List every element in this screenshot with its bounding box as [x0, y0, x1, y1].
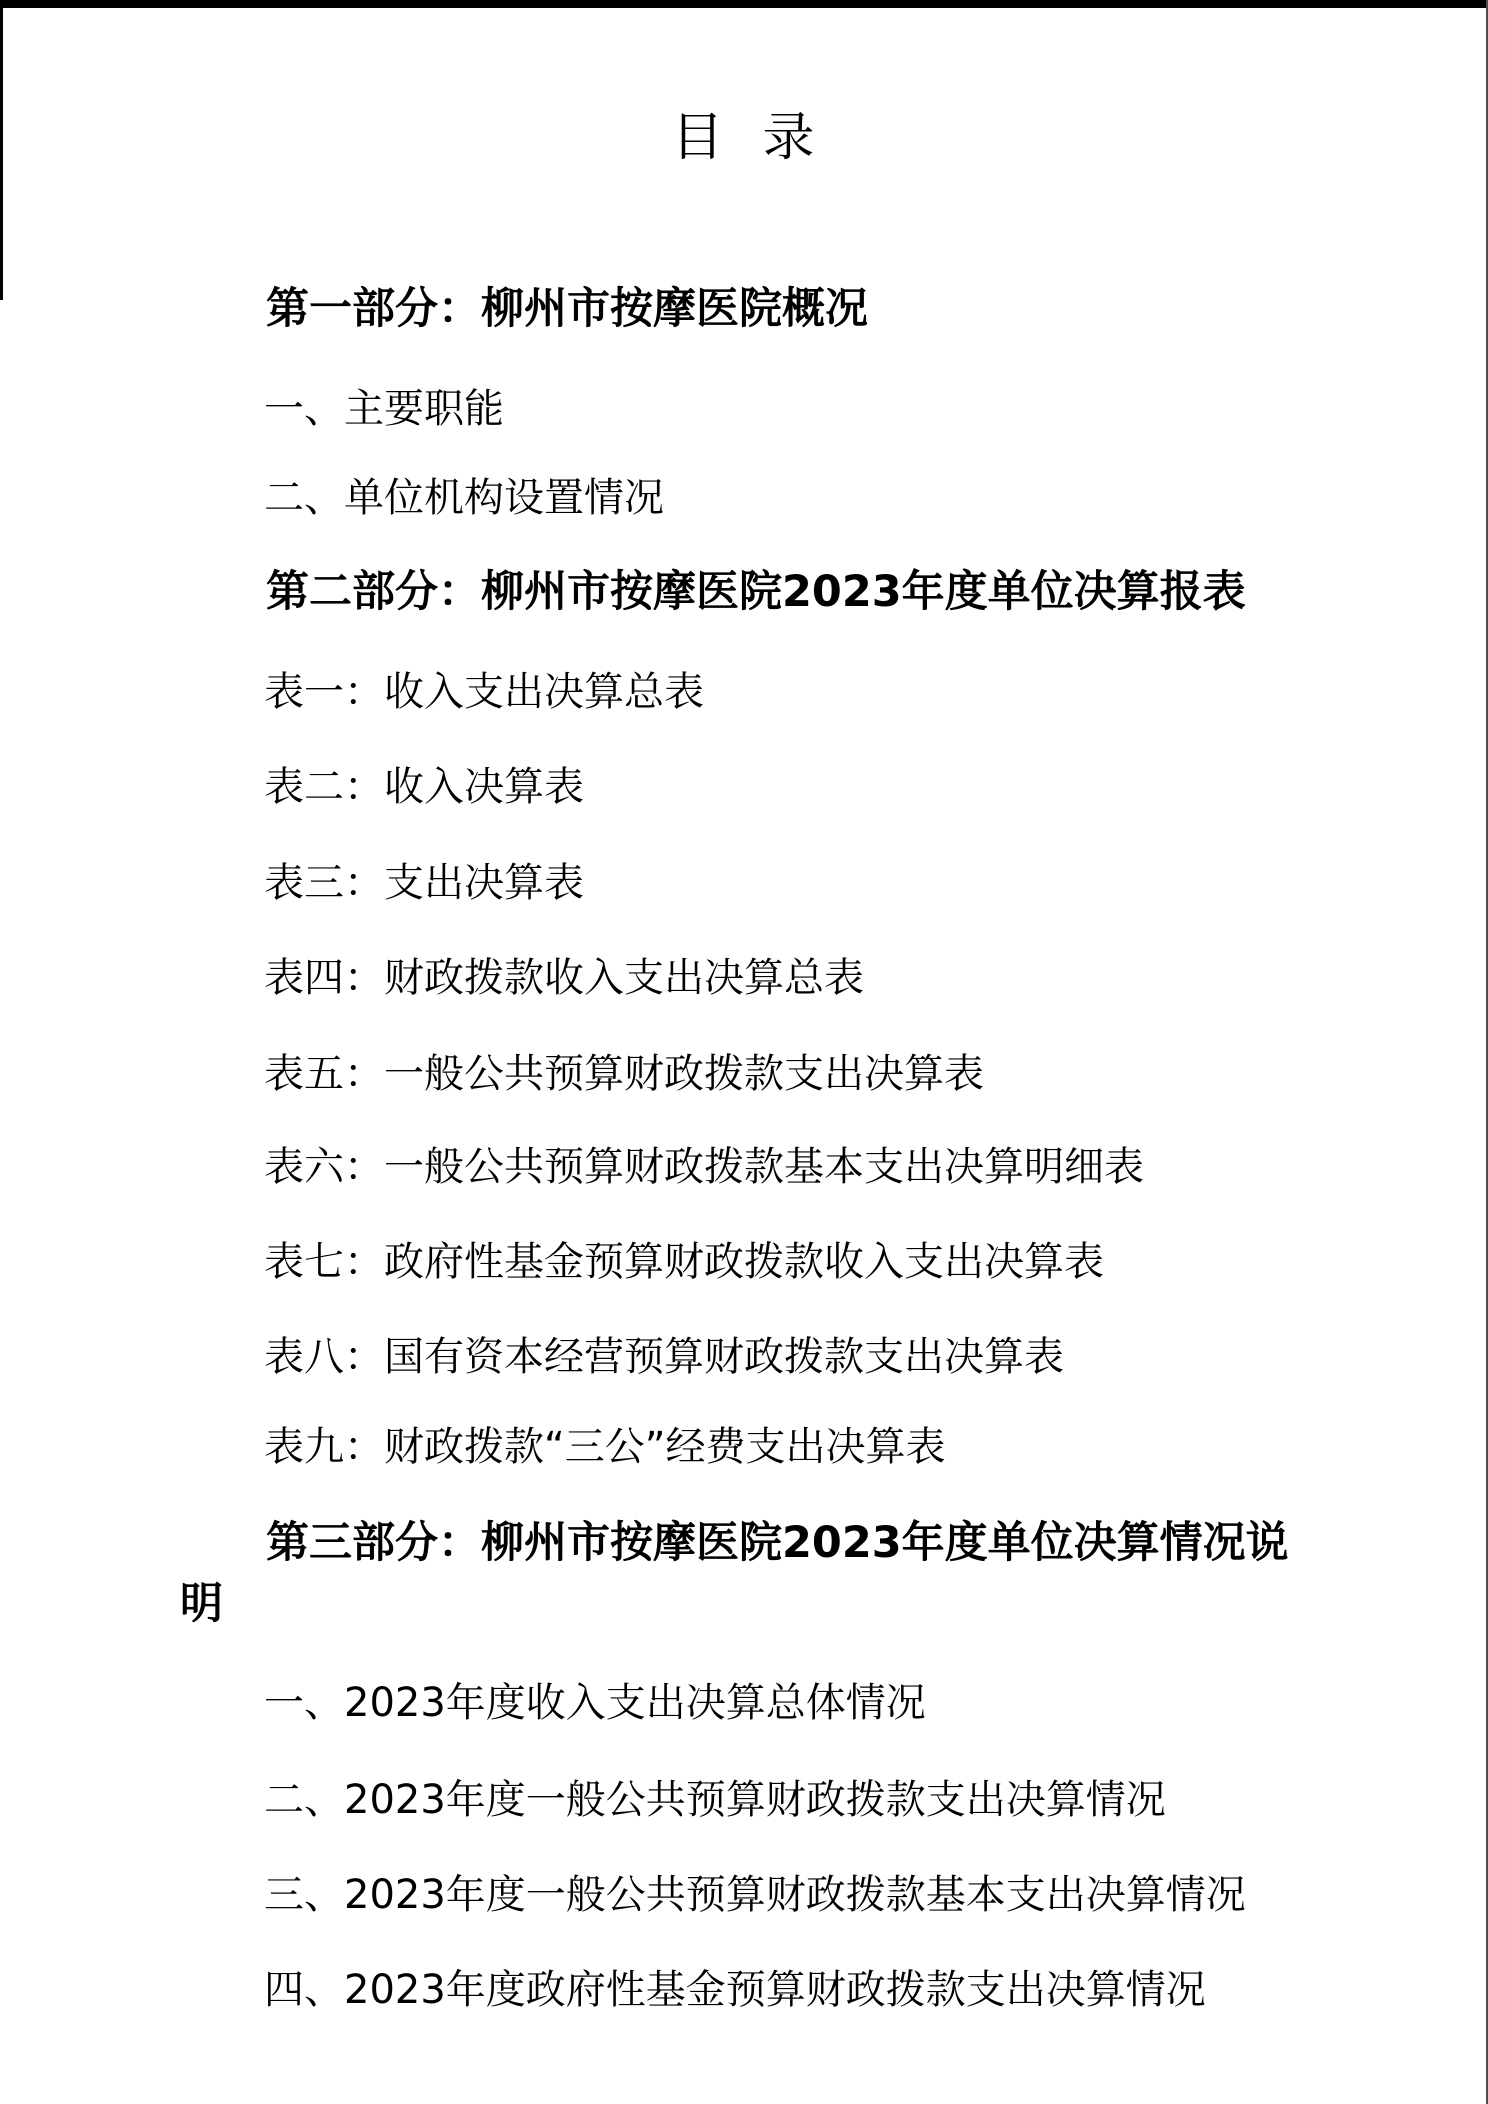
document-title: 目 录 [0, 112, 1488, 164]
toc-item-table-1: 表一：收入支出决算总表 [264, 672, 704, 712]
toc-item-org-structure: 二、单位机构设置情况 [264, 478, 664, 518]
toc-item-general-budget-expenditure: 二、2023年度一般公共预算财政拨款支出决算情况 [264, 1780, 1166, 1820]
toc-item-table-6: 表六：一般公共预算财政拨款基本支出决算明细表 [264, 1147, 1144, 1187]
section-2-heading: 第二部分：柳州市按摩医院2023年度单位决算报表 [266, 571, 1246, 614]
toc-item-gov-fund-expenditure: 四、2023年度政府性基金预算财政拨款支出决算情况 [264, 1970, 1206, 2010]
toc-item-table-7: 表七：政府性基金预算财政拨款收入支出决算表 [264, 1242, 1104, 1282]
toc-item-table-2: 表二：收入决算表 [264, 767, 584, 807]
toc-item-table-8: 表八：国有资本经营预算财政拨款支出决算表 [264, 1337, 1064, 1377]
toc-item-basic-expenditure: 三、2023年度一般公共预算财政拨款基本支出决算情况 [264, 1875, 1246, 1915]
section-3-heading-line1: 第三部分：柳州市按摩医院2023年度单位决算情况说 [266, 1522, 1289, 1565]
section-3-heading-line2: 明 [180, 1583, 223, 1626]
toc-item-table-5: 表五：一般公共预算财政拨款支出决算表 [264, 1054, 984, 1094]
scan-edge-top [0, 0, 1488, 8]
toc-item-table-3: 表三：支出决算表 [264, 863, 584, 903]
document-page: 目 录 第一部分：柳州市按摩医院概况 一、主要职能 二、单位机构设置情况 第二部… [0, 0, 1488, 2104]
toc-item-main-functions: 一、主要职能 [264, 389, 504, 429]
toc-item-table-4: 表四：财政拨款收入支出决算总表 [264, 958, 864, 998]
toc-item-overall-situation: 一、2023年度收入支出决算总体情况 [264, 1683, 926, 1723]
section-1-heading: 第一部分：柳州市按摩医院概况 [266, 288, 868, 331]
toc-item-table-9: 表九：财政拨款“三公”经费支出决算表 [264, 1427, 945, 1467]
